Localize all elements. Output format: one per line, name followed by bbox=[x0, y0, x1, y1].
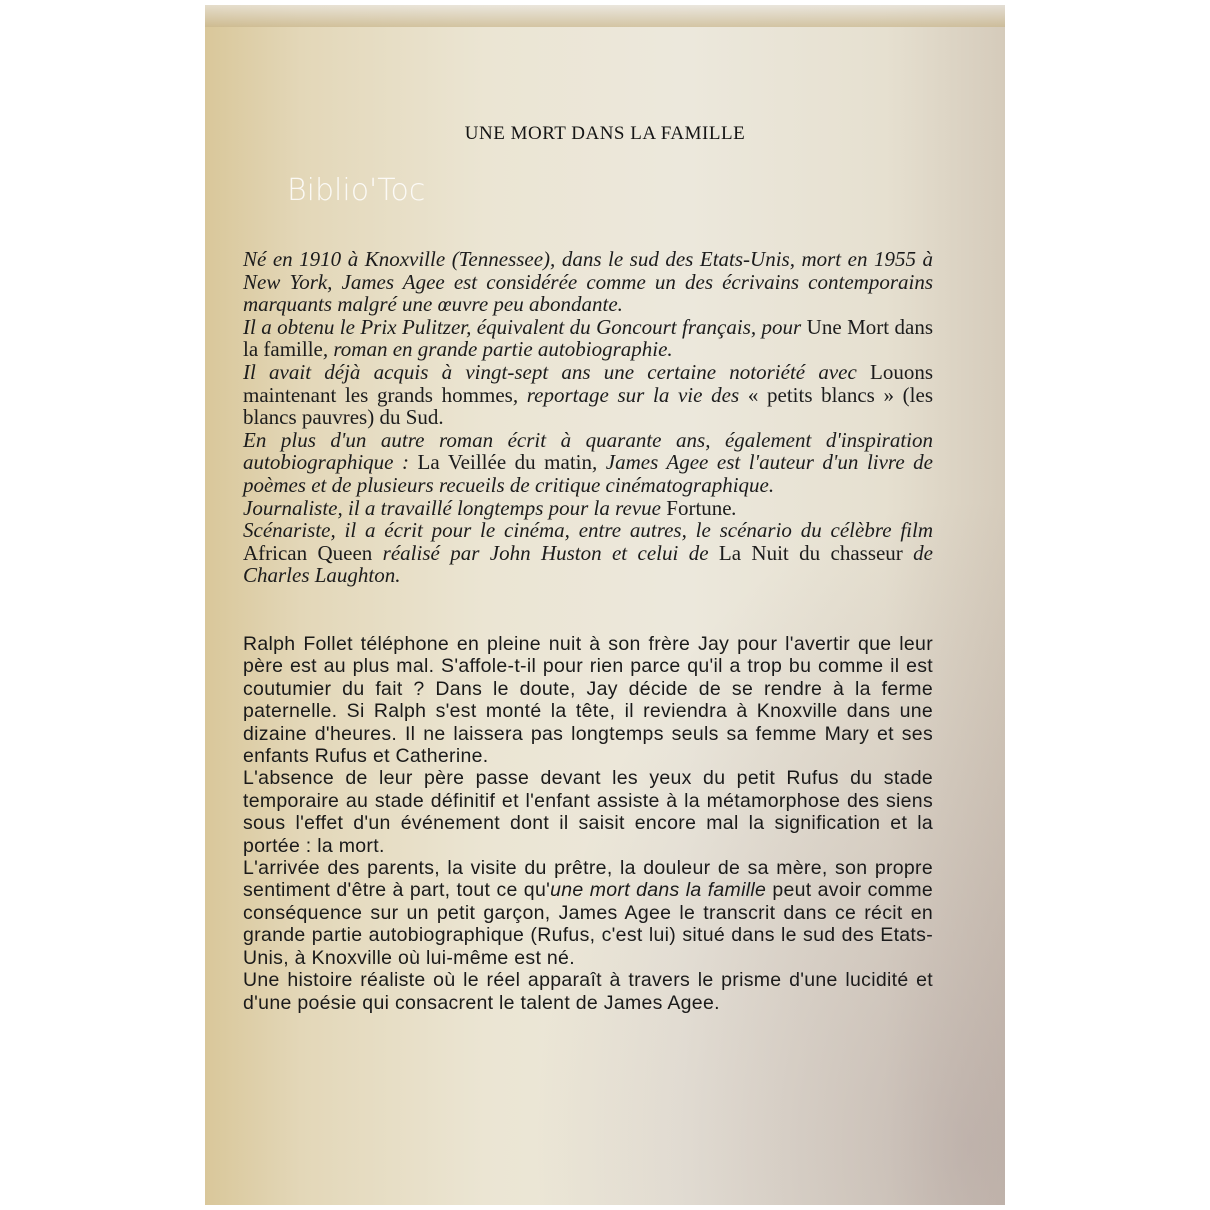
text-run: Scénariste, il a écrit pour le cinéma, e… bbox=[243, 518, 933, 542]
text-run: , roman en grande partie autobiographie. bbox=[323, 337, 673, 361]
text-run: Fortune bbox=[666, 496, 731, 520]
book-page: UNE MORT DANS LA FAMILLE Biblio'Toc Né e… bbox=[205, 5, 1005, 1205]
book-summary: Ralph Follet téléphone en pleine nuit à … bbox=[243, 633, 933, 1014]
biography-paragraph: Né en 1910 à Knoxville (Tennessee), dans… bbox=[243, 248, 933, 316]
text-run: réalisé par John Huston et celui de bbox=[372, 541, 719, 565]
text-run: , reportage sur la vie des bbox=[513, 383, 748, 407]
text-run: La Nuit du chasseur bbox=[719, 541, 903, 565]
watermark: Biblio'Toc bbox=[287, 173, 425, 208]
text-run: Il avait déjà acquis à vingt-sept ans un… bbox=[243, 360, 870, 384]
text-run: une mort dans la famille bbox=[550, 879, 766, 901]
text-run: L'absence de leur père passe devant les … bbox=[243, 767, 933, 856]
biography-paragraph: Il a obtenu le Prix Pulitzer, équivalent… bbox=[243, 316, 933, 361]
summary-paragraph: Une histoire réaliste où le réel apparaî… bbox=[243, 969, 933, 1014]
text-run: . bbox=[732, 496, 737, 520]
text-run: La Veillée du matin bbox=[418, 450, 592, 474]
biography-paragraph: En plus d'un autre roman écrit à quarant… bbox=[243, 429, 933, 497]
author-biography: Né en 1910 à Knoxville (Tennessee), dans… bbox=[243, 248, 933, 587]
page-title: UNE MORT DANS LA FAMILLE bbox=[395, 123, 815, 145]
text-run: Il a obtenu le Prix Pulitzer, équivalent… bbox=[243, 315, 807, 339]
text-run: Né en 1910 à Knoxville (Tennessee), dans… bbox=[243, 247, 933, 316]
biography-paragraph: Journaliste, il a travaillé longtemps po… bbox=[243, 497, 933, 520]
page-top-edge bbox=[205, 5, 1005, 27]
text-run: Ralph Follet téléphone en pleine nuit à … bbox=[243, 633, 933, 767]
summary-paragraph: L'arrivée des parents, la visite du prêt… bbox=[243, 857, 933, 969]
summary-paragraph: Ralph Follet téléphone en pleine nuit à … bbox=[243, 633, 933, 767]
biography-paragraph: Scénariste, il a écrit pour le cinéma, e… bbox=[243, 519, 933, 587]
text-run: Une histoire réaliste où le réel apparaî… bbox=[243, 969, 933, 1013]
biography-paragraph: Il avait déjà acquis à vingt-sept ans un… bbox=[243, 361, 933, 429]
summary-paragraph: L'absence de leur père passe devant les … bbox=[243, 767, 933, 857]
text-run: African Queen bbox=[243, 541, 372, 565]
text-run: Journaliste, il a travaillé longtemps po… bbox=[243, 496, 666, 520]
